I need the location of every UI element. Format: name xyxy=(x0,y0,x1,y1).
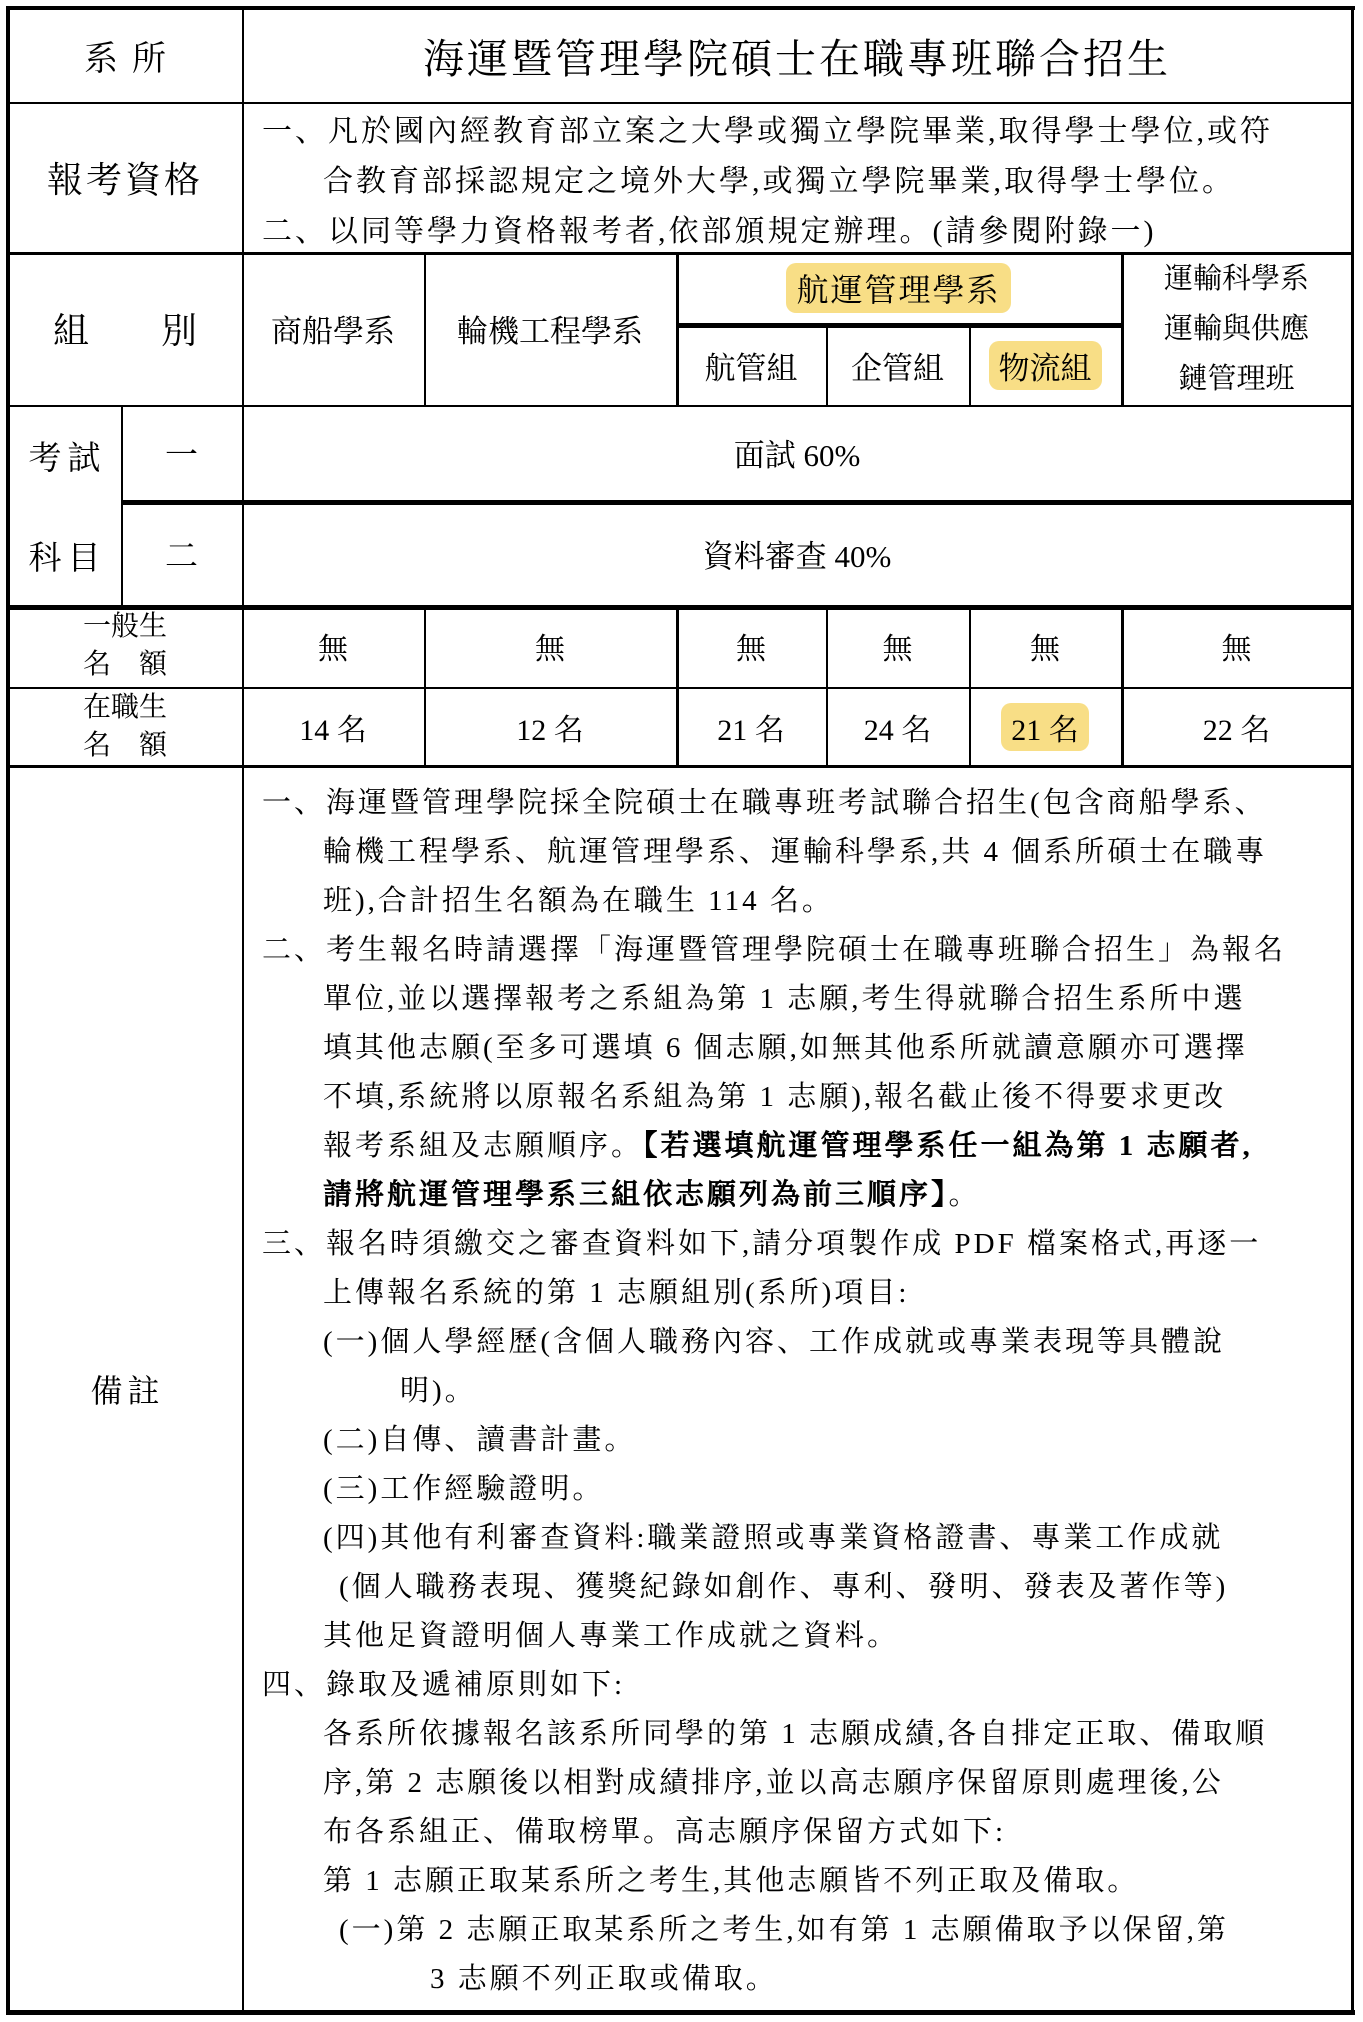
exam-label-top: 考試 xyxy=(29,405,107,505)
text-segment: 輪機工程學系、航運管理學系、運輸科學系,共 4 個系所碩士在職專 xyxy=(323,836,1267,868)
text-segment: 各系所依據報名該系所同學的第 1 志願成績,各自排定正取、備取順 xyxy=(323,1718,1267,1750)
quota-value: 22 名 xyxy=(1203,705,1271,749)
text-line: 一般生 xyxy=(83,608,167,646)
text-line: 布各系組正、備取榜單。高志願序保留方式如下: xyxy=(262,1808,1350,1857)
group-subcell-business: 企管組 xyxy=(826,325,969,405)
notes-text: 一、海運暨管理學院採全院碩士在職專班考試聯合招生(包含商船學系、輪機工程學系、航… xyxy=(262,766,1350,2011)
text-line: 二、考生報名時請選擇「海運暨管理學院碩士在職專班聯合招生」為報名 xyxy=(262,926,1350,975)
text-segment: 四、錄取及遞補原則如下: xyxy=(262,1669,625,1701)
highlight-mark: 21 名 xyxy=(1001,703,1089,751)
text-segment: 運輸科學系 xyxy=(1164,263,1309,295)
text-segment: 一、海運暨管理學院採全院碩士在職專班考試聯合招生(包含商船學系、 xyxy=(262,787,1267,819)
inservice-quota-cell: 22 名 xyxy=(1121,687,1352,766)
text-line: 一、凡於國內經教育部立案之大學或獨立學院畢業,取得學士學位,或符 xyxy=(262,107,1346,157)
text-segment: 一、凡於國內經教育部立案之大學或獨立學院畢業,取得學士學位,或符 xyxy=(262,115,1273,148)
exam-row-content-interview: 面試 60% xyxy=(242,405,1352,500)
exam-row-content-review: 資料審查 40% xyxy=(242,500,1352,606)
text-line: (二)自傳、讀書計畫。 xyxy=(262,1416,1350,1465)
text-segment: 布各系組正、備取榜單。高志願序保留方式如下: xyxy=(323,1816,1006,1848)
text-line: 名 額 xyxy=(83,727,167,765)
text-line: 輪機工程學系、航運管理學系、運輸科學系,共 4 個系所碩士在職專 xyxy=(262,828,1350,877)
general-quota-cell: 無 xyxy=(242,605,424,687)
text-segment: (三)工作經驗證明。 xyxy=(323,1473,604,1505)
text-line: 班),合計招生名額為在職生 114 名。 xyxy=(262,877,1350,926)
text-line: 二、以同等學力資格報考者,依部頒規定辦理。(請參閱附錄一) xyxy=(262,207,1346,252)
text-segment: 報考系組及志願順序。 xyxy=(323,1130,643,1162)
general-quota-cell: 無 xyxy=(1121,605,1352,687)
quota-value: 無 xyxy=(535,624,565,668)
group-cell-transportation-science: 運輸科學系運輸與供應鏈管理班 xyxy=(1121,252,1352,405)
quota-value: 無 xyxy=(736,624,766,668)
text-segment: 。 xyxy=(949,1179,981,1211)
text-segment: 明)。 xyxy=(400,1375,477,1407)
text-line: (一)第 2 志願正取某系所之考生,如有第 1 志願備取予以保留,第 xyxy=(262,1906,1350,1955)
text-line: 在職生 xyxy=(83,689,167,727)
subgroup-text: 航管組 xyxy=(705,343,798,388)
text-segment: 合教育部採認規定之境外大學,或獨立學院畢業,取得學士學位。 xyxy=(323,165,1235,198)
highlight-mark: 物流組 xyxy=(989,341,1102,390)
text-line: 名 額 xyxy=(83,646,167,684)
inservice-quota-cell: 21 名 xyxy=(676,687,826,766)
text-segment: (一)個人學經歷(含個人職務內容、工作成就或專業表現等具體說 xyxy=(323,1326,1225,1358)
text-line: (個人職務表現、獲獎紀錄如創作、專利、發明、發表及著作等) xyxy=(262,1563,1350,1612)
text-segment: (一)第 2 志願正取某系所之考生,如有第 1 志願備取予以保留,第 xyxy=(339,1914,1229,1946)
page-title: 海運暨管理學院碩士在職專班聯合招生 xyxy=(242,8,1352,102)
text-segment: 序,第 2 志願後以相對成績排序,並以高志願序保留原則處理後,公 xyxy=(323,1767,1224,1799)
general-quota-cell: 無 xyxy=(969,605,1121,687)
notes-label: 備註 xyxy=(8,766,242,2011)
text-line: 運輸科學系 xyxy=(1164,254,1309,304)
subgroup-text: 企管組 xyxy=(851,343,944,388)
text-segment: 上傳報名系統的第 1 志願組別(系所)項目: xyxy=(323,1277,909,1309)
text-line: 不填,系統將以原報名系組為第 1 志願),報名截止後不得要求更改 xyxy=(262,1073,1350,1122)
text-line: 明)。 xyxy=(262,1367,1350,1416)
text-line: 上傳報名系統的第 1 志願組別(系所)項目: xyxy=(262,1269,1350,1318)
text-line: 各系所依據報名該系所同學的第 1 志願成績,各自排定正取、備取順 xyxy=(262,1710,1350,1759)
text-segment: 在職生 xyxy=(83,692,167,723)
exam-row-number-1: 一 xyxy=(121,405,242,500)
quota-value: 24 名 xyxy=(864,705,932,749)
text-segment: 名 額 xyxy=(83,730,167,761)
general-quota-cell: 無 xyxy=(424,605,676,687)
quota-value: 無 xyxy=(883,624,913,668)
dept-row-label: 系所 xyxy=(8,8,242,102)
text-segment: 二、以同等學力資格報考者,依部頒規定辦理。(請參閱附錄一) xyxy=(262,215,1156,248)
text-line: 填其他志願(至多可選填 6 個志願,如無其他系所就讀意願亦可選擇 xyxy=(262,1024,1350,1073)
text-segment: 填其他志願(至多可選填 6 個志願,如無其他系所就讀意願亦可選擇 xyxy=(323,1032,1248,1064)
text-line: 一、海運暨管理學院採全院碩士在職專班考試聯合招生(包含商船學系、 xyxy=(262,779,1350,828)
text-line: 四、錄取及遞補原則如下: xyxy=(262,1661,1350,1710)
text-segment: 三、報名時須繳交之審查資料如下,請分項製作成 PDF 檔案格式,再逐一 xyxy=(262,1228,1261,1260)
text-line: 鏈管理班 xyxy=(1178,354,1294,404)
text-line: 報考系組及志願順序。【若選填航運管理學系任一組為第 1 志願者, xyxy=(262,1122,1350,1171)
text-segment: 一般生 xyxy=(83,611,167,642)
text-segment: 單位,並以選擇報考之系組為第 1 志願,考生得就聯合招生系所中選 xyxy=(323,983,1246,1015)
quota-value: 21 名 xyxy=(717,705,785,749)
qualification-text: 一、凡於國內經教育部立案之大學或獨立學院畢業,取得學士學位,或符合教育部採認規定… xyxy=(262,102,1346,252)
text-segment: (四)其他有利審查資料:職業證照或專業資格證書、專業工作成就 xyxy=(323,1522,1223,1554)
inservice-quota-label: 在職生名 額 xyxy=(8,687,242,766)
group-cell-merchant-marine: 商船學系 xyxy=(242,252,424,405)
quota-value: 12 名 xyxy=(516,705,584,749)
text-line: 單位,並以選擇報考之系組為第 1 志願,考生得就聯合招生系所中選 xyxy=(262,975,1350,1024)
text-line: 3 志願不列正取或備取。 xyxy=(262,1955,1350,2004)
group-cell-shipping-management: 航運管理學系 xyxy=(676,252,1121,323)
exam-subject-label: 考試 科目 xyxy=(8,405,121,605)
text-line: 三、報名時須繳交之審查資料如下,請分項製作成 PDF 檔案格式,再逐一 xyxy=(262,1220,1350,1269)
exam-row-number-2: 二 xyxy=(121,500,242,606)
text-line: (三)工作經驗證明。 xyxy=(262,1465,1350,1514)
quota-value: 無 xyxy=(318,624,348,668)
text-line: 其他足資證明個人專業工作成就之資料。 xyxy=(262,1612,1350,1661)
text-segment: (個人職務表現、獲獎紀錄如創作、專利、發明、發表及著作等) xyxy=(339,1571,1228,1603)
group-subcell-navigation: 航管組 xyxy=(676,325,826,405)
text-segment: 其他足資證明個人專業工作成就之資料。 xyxy=(323,1620,899,1652)
text-segment: 名 額 xyxy=(83,649,167,680)
general-quota-label: 一般生名 額 xyxy=(8,605,242,687)
group-subcell-logistics: 物流組 xyxy=(969,325,1121,405)
group-cell-marine-engineering: 輪機工程學系 xyxy=(424,252,676,405)
qualification-label: 報考資格 xyxy=(8,102,242,252)
inservice-quota-cell: 24 名 xyxy=(826,687,969,766)
text-segment: 鏈管理班 xyxy=(1178,363,1294,395)
text-segment: 二、考生報名時請選擇「海運暨管理學院碩士在職專班聯合招生」為報名 xyxy=(262,934,1286,966)
text-line: (一)個人學經歷(含個人職務內容、工作成就或專業表現等具體說 xyxy=(262,1318,1350,1367)
admission-table-document: 系所 海運暨管理學院碩士在職專班聯合招生 報考資格 一、凡於國內經教育部立案之大… xyxy=(0,0,1363,2022)
group-row-label: 組 別 xyxy=(8,252,242,405)
general-quota-cell: 無 xyxy=(826,605,969,687)
text-segment: 3 志願不列正取或備取。 xyxy=(430,1963,778,1995)
bold-text-segment: 【若選填航運管理學系任一組為第 1 志願者, xyxy=(643,1130,1253,1162)
text-segment: 第 1 志願正取某系所之考生,其他志願皆不列正取及備取。 xyxy=(323,1865,1139,1897)
bold-text-segment: 請將航運管理學系三組依志願列為前三順序】 xyxy=(323,1179,949,1211)
text-segment: 班),合計招生名額為在職生 114 名。 xyxy=(323,885,834,917)
text-line: 請將航運管理學系三組依志願列為前三順序】。 xyxy=(262,1171,1350,1220)
text-segment: (二)自傳、讀書計畫。 xyxy=(323,1424,636,1456)
inservice-quota-cell: 14 名 xyxy=(242,687,424,766)
quota-value: 無 xyxy=(1222,624,1252,668)
quota-value: 無 xyxy=(1030,624,1060,668)
text-line: 序,第 2 志願後以相對成績排序,並以高志願序保留原則處理後,公 xyxy=(262,1759,1350,1808)
inservice-quota-cell-highlighted: 21 名 xyxy=(969,687,1121,766)
text-line: 合教育部採認規定之境外大學,或獨立學院畢業,取得學士學位。 xyxy=(262,157,1346,207)
text-line: (四)其他有利審查資料:職業證照或專業資格證書、專業工作成就 xyxy=(262,1514,1350,1563)
text-line: 第 1 志願正取某系所之考生,其他志願皆不列正取及備取。 xyxy=(262,1857,1350,1906)
text-segment: 運輸與供應 xyxy=(1164,313,1309,345)
text-line: 運輸與供應 xyxy=(1164,304,1309,354)
text-segment: 不填,系統將以原報名系組為第 1 志願),報名截止後不得要求更改 xyxy=(323,1081,1226,1113)
inservice-quota-cell: 12 名 xyxy=(424,687,676,766)
exam-label-bottom: 科目 xyxy=(29,505,107,605)
highlight-mark: 航運管理學系 xyxy=(786,263,1010,313)
quota-value: 14 名 xyxy=(299,705,367,749)
general-quota-cell: 無 xyxy=(676,605,826,687)
